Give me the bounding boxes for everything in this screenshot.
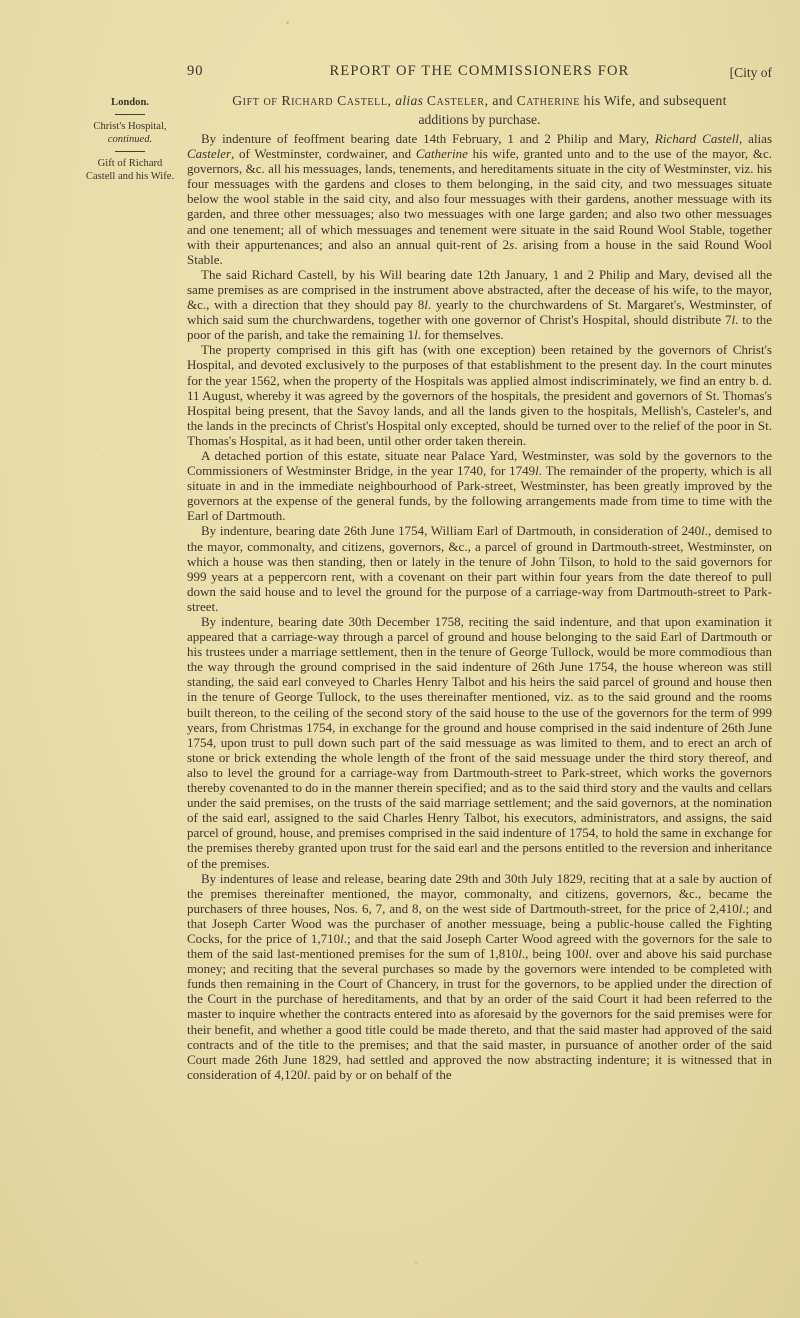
text-run: Gift of Richard — [98, 158, 163, 169]
text-run: By indentures of lease and release, bear… — [187, 871, 772, 916]
margin-note: London. — [78, 97, 182, 109]
text-run: Casteler, — [427, 93, 489, 108]
text-run: Catherine — [517, 93, 580, 108]
text-run: Castell and his Wife. — [86, 171, 174, 182]
text-run: Catherine — [416, 146, 468, 161]
text-run: Richard Castell — [655, 131, 739, 146]
paper-speck — [103, 455, 105, 457]
scanned-report-page: 90 REPORT OF THE COMMISSIONERS FOR [City… — [0, 0, 800, 1318]
paragraph: By indenture, bearing date 30th December… — [187, 614, 772, 871]
text-run: . paid by or on behalf of the — [307, 1067, 451, 1082]
body-text-column: By indenture of feoffment bearing date 1… — [187, 131, 772, 1082]
paragraph: By indenture, bearing date 26th June 175… — [187, 523, 772, 614]
paper-speck — [286, 21, 289, 24]
text-run: alias — [395, 93, 423, 108]
text-run: London. — [111, 97, 149, 108]
paragraph: The property comprised in this gift has … — [187, 342, 772, 448]
paragraph: The said Richard Castell, by his Will be… — [187, 267, 772, 342]
text-run: Gift of Richard Castell, — [232, 93, 391, 108]
gift-heading-line2: additions by purchase. — [187, 112, 772, 128]
text-run: By indenture, bearing date 30th December… — [187, 614, 772, 871]
text-run: . for themselves. — [418, 327, 504, 342]
paragraph: A detached portion of this estate, situa… — [187, 448, 772, 523]
text-run: , alias — [739, 131, 772, 146]
text-run: The property comprised in this gift has … — [187, 342, 772, 448]
running-header: 90 REPORT OF THE COMMISSIONERS FOR [City… — [187, 63, 772, 81]
margin-divider — [115, 114, 145, 115]
text-run: his Wife, and subsequent — [580, 93, 727, 108]
margin-notes-column: London.Christ's Hospital,continued.Gift … — [78, 97, 182, 185]
gift-heading: Gift of Richard Castell, alias Casteler,… — [187, 93, 772, 128]
paper-speck — [415, 1262, 417, 1264]
paragraph: By indenture of feoffment bearing date 1… — [187, 131, 772, 267]
margin-note: Christ's Hospital,continued. — [78, 121, 182, 146]
margin-note: Gift of RichardCastell and his Wife. — [78, 158, 182, 183]
margin-divider — [115, 151, 145, 152]
text-run: ., being 100 — [522, 946, 585, 961]
text-run: and — [489, 93, 517, 108]
text-run: , of Westminster, cordwainer, and — [231, 146, 416, 161]
text-run: continued. — [108, 134, 152, 145]
text-run: By indenture of feoffment bearing date 1… — [201, 131, 655, 146]
paragraph: By indentures of lease and release, bear… — [187, 871, 772, 1082]
text-run: . over and above his said purchase money… — [187, 946, 772, 1082]
running-title: REPORT OF THE COMMISSIONERS FOR — [187, 63, 772, 80]
gift-heading-line1: Gift of Richard Castell, alias Casteler,… — [187, 93, 772, 109]
text-run: By indenture, bearing date 26th June 175… — [201, 523, 701, 538]
text-run: Casteler — [187, 146, 231, 161]
running-header-catchword: [City of — [730, 65, 772, 81]
text-run: Christ's Hospital, — [93, 121, 166, 132]
